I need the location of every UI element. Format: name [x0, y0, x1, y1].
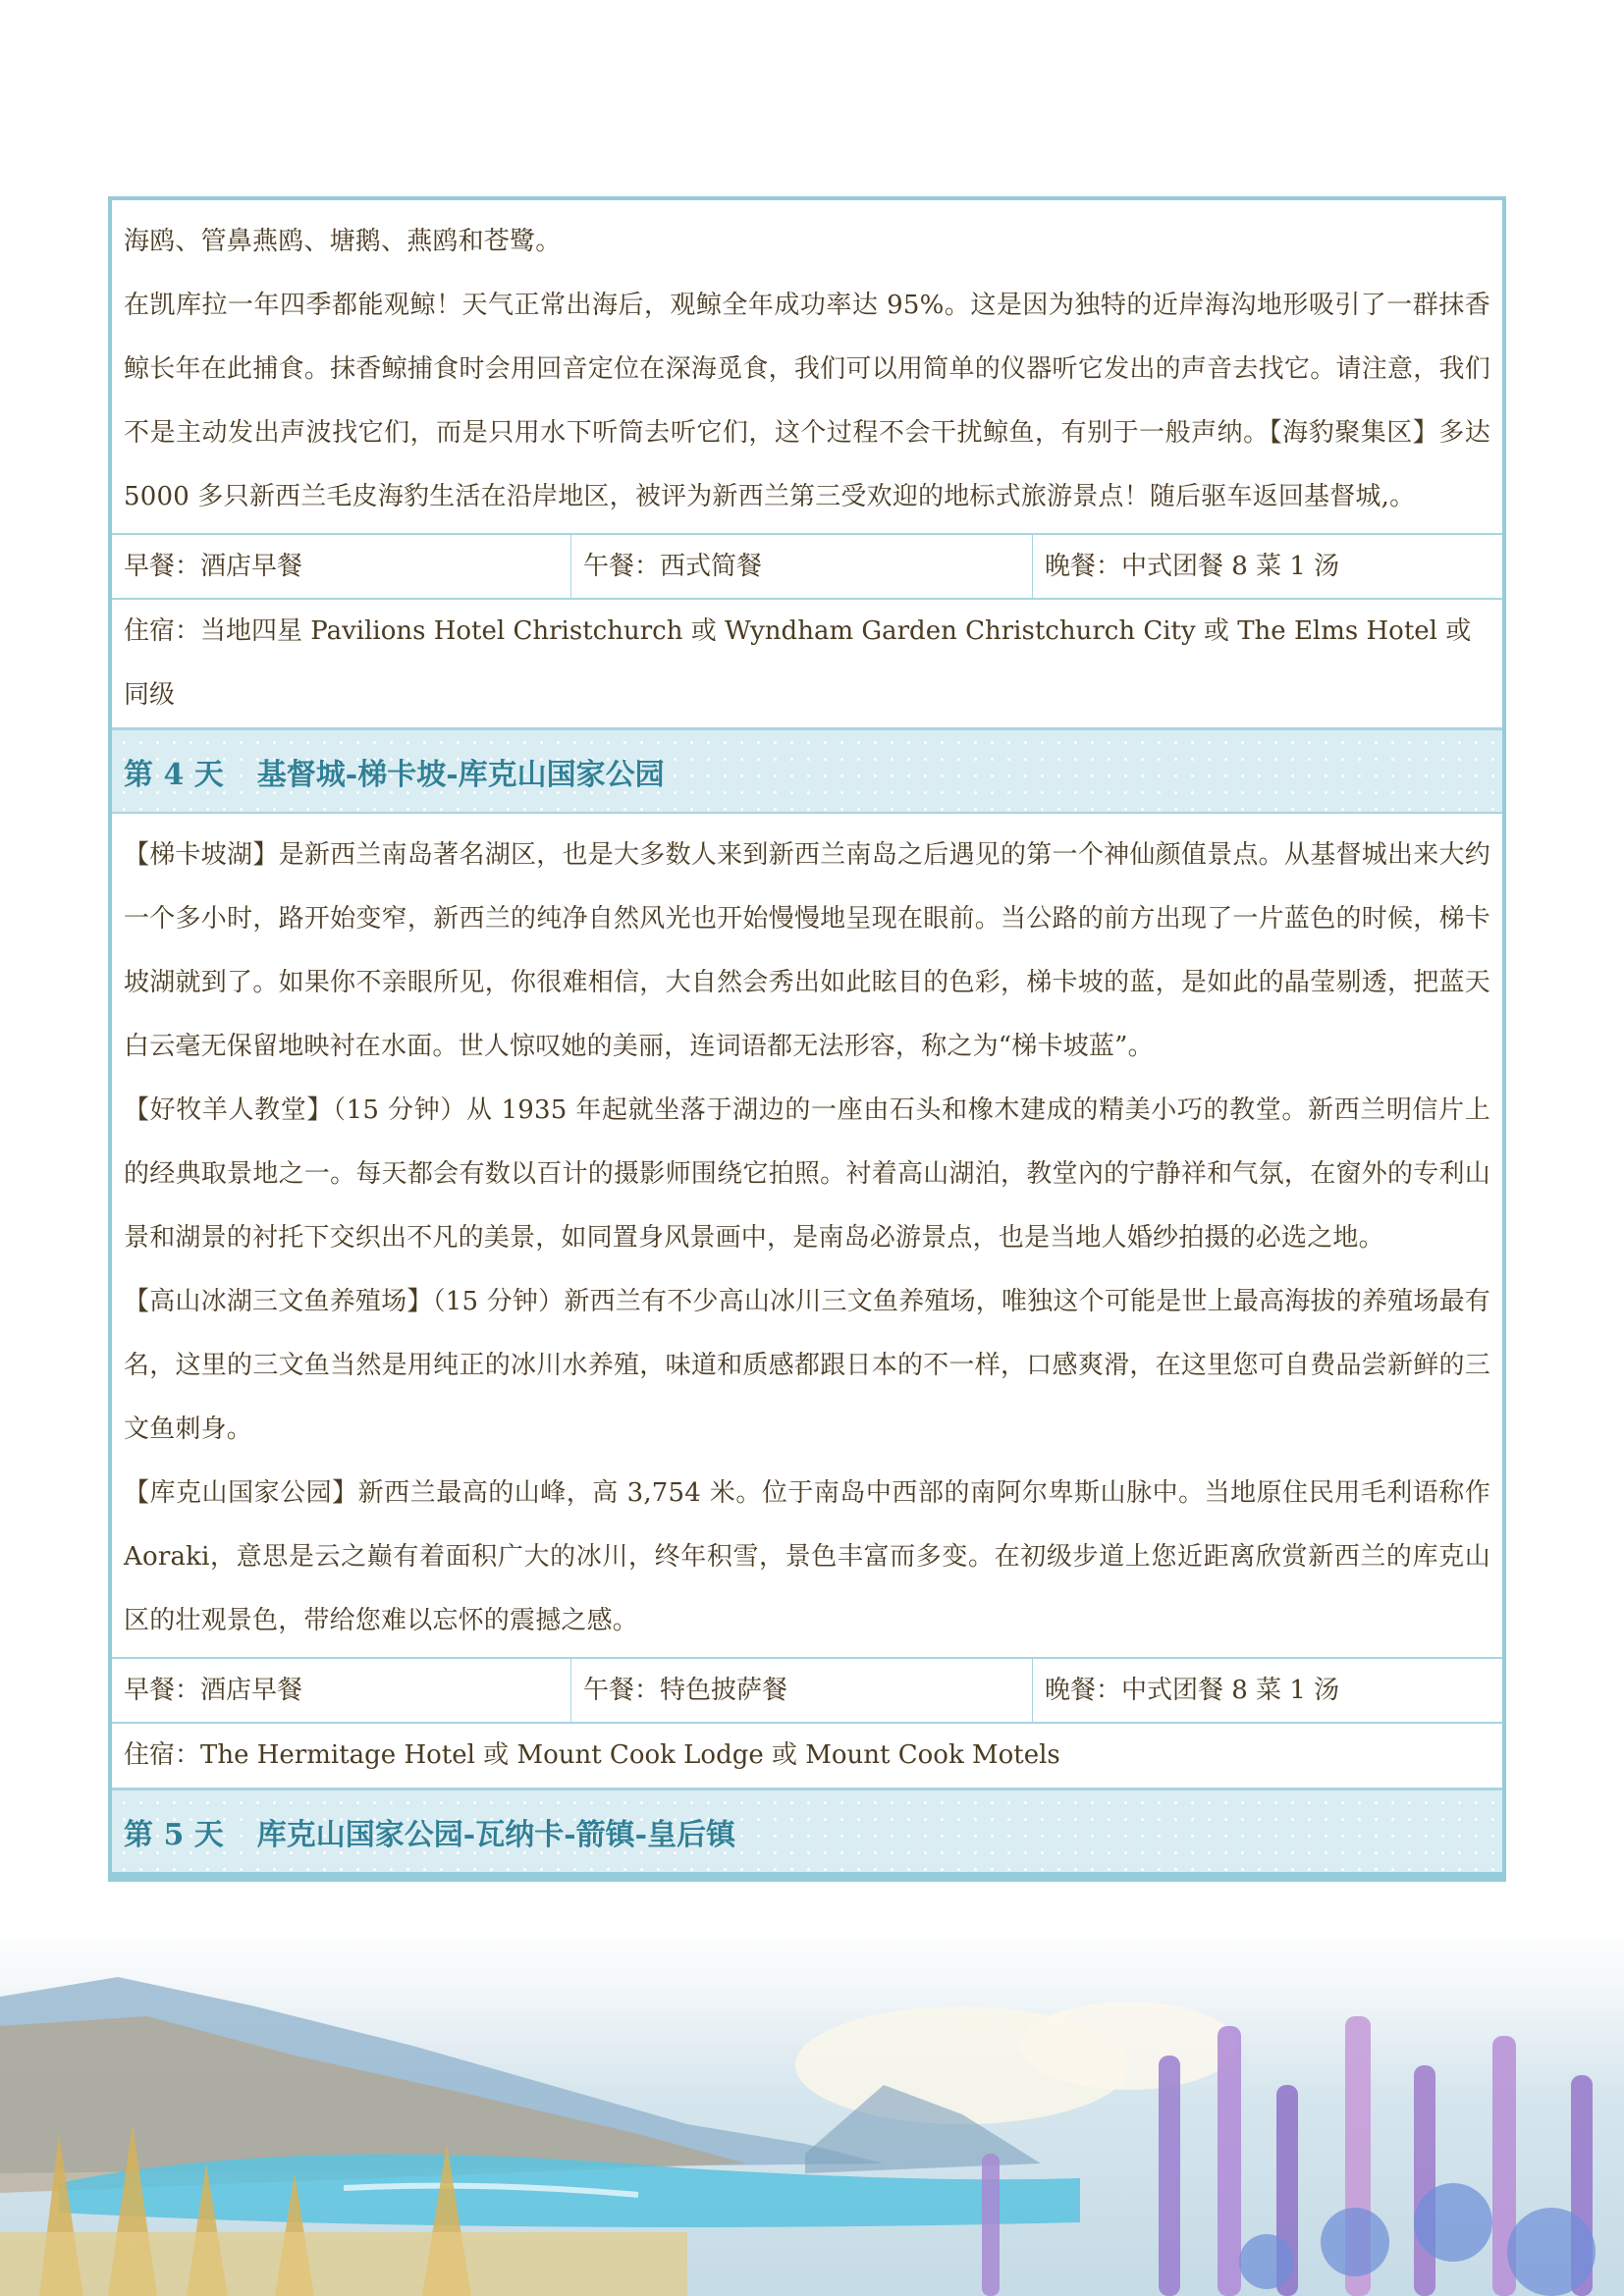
day-number: 第 5 天: [124, 1810, 224, 1853]
landscape-illustration: [0, 1938, 1624, 2296]
mountain-lake-lupin-illustration: [0, 1938, 1624, 2296]
day4-header: 第 4 天 基督城-梯卡坡-库克山国家公园: [112, 727, 1502, 812]
paragraph-salmon-farm: 【高山冰湖三文鱼养殖场】（15 分钟）新西兰有不少高山冰川三文鱼养殖场，唯独这个…: [124, 1270, 1490, 1462]
lunch-cell: 午餐：特色披萨餐: [570, 1659, 1032, 1722]
breakfast-cell: 早餐：酒店早餐: [112, 1659, 570, 1722]
day-number: 第 4 天: [124, 750, 224, 793]
dinner-cell: 晚餐：中式团餐 8 菜 1 汤: [1032, 535, 1502, 598]
day4-description: 【梯卡坡湖】是新西兰南岛著名湖区，也是大多数人来到新西兰南岛之后遇见的第一个神仙…: [112, 812, 1502, 1657]
lunch-cell: 午餐：西式简餐: [570, 535, 1032, 598]
day-route: 基督城-梯卡坡-库克山国家公园: [257, 750, 665, 793]
breakfast-cell: 早餐：酒店早餐: [112, 535, 570, 598]
dinner-cell: 晚餐：中式团餐 8 菜 1 汤: [1032, 1659, 1502, 1722]
day-route: 库克山国家公园-瓦纳卡-箭镇-皇后镇: [257, 1810, 735, 1853]
paragraph-mount-cook: 【库克山国家公园】新西兰最高的山峰，高 3,754 米。位于南岛中西部的南阿尔卑…: [124, 1462, 1490, 1653]
day4-meals-row: 早餐：酒店早餐 午餐：特色披萨餐 晚餐：中式团餐 8 菜 1 汤: [112, 1657, 1502, 1722]
paragraph: 海鸥、管鼻燕鸥、塘鹅、燕鸥和苍鹭。: [124, 210, 1490, 274]
paragraph-tekapo: 【梯卡坡湖】是新西兰南岛著名湖区，也是大多数人来到新西兰南岛之后遇见的第一个神仙…: [124, 824, 1490, 1079]
paragraph: 在凯库拉一年四季都能观鲸！天气正常出海后，观鲸全年成功率达 95%。这是因为独特…: [124, 274, 1490, 529]
itinerary-table: 海鸥、管鼻燕鸥、塘鹅、燕鸥和苍鹭。 在凯库拉一年四季都能观鲸！天气正常出海后，观…: [108, 196, 1506, 1882]
paragraph-church: 【好牧羊人教堂】（15 分钟）从 1935 年起就坐落于湖边的一座由石头和橡木建…: [124, 1079, 1490, 1270]
day3-hotel-row: 住宿：当地四星 Pavilions Hotel Christchurch 或 W…: [112, 598, 1502, 727]
day5-header: 第 5 天 库克山国家公园-瓦纳卡-箭镇-皇后镇: [112, 1788, 1502, 1878]
day3-description: 海鸥、管鼻燕鸥、塘鹅、燕鸥和苍鹭。 在凯库拉一年四季都能观鲸！天气正常出海后，观…: [112, 200, 1502, 533]
day3-meals-row: 早餐：酒店早餐 午餐：西式简餐 晚餐：中式团餐 8 菜 1 汤: [112, 533, 1502, 598]
day4-hotel-row: 住宿：The Hermitage Hotel 或 Mount Cook Lodg…: [112, 1722, 1502, 1788]
